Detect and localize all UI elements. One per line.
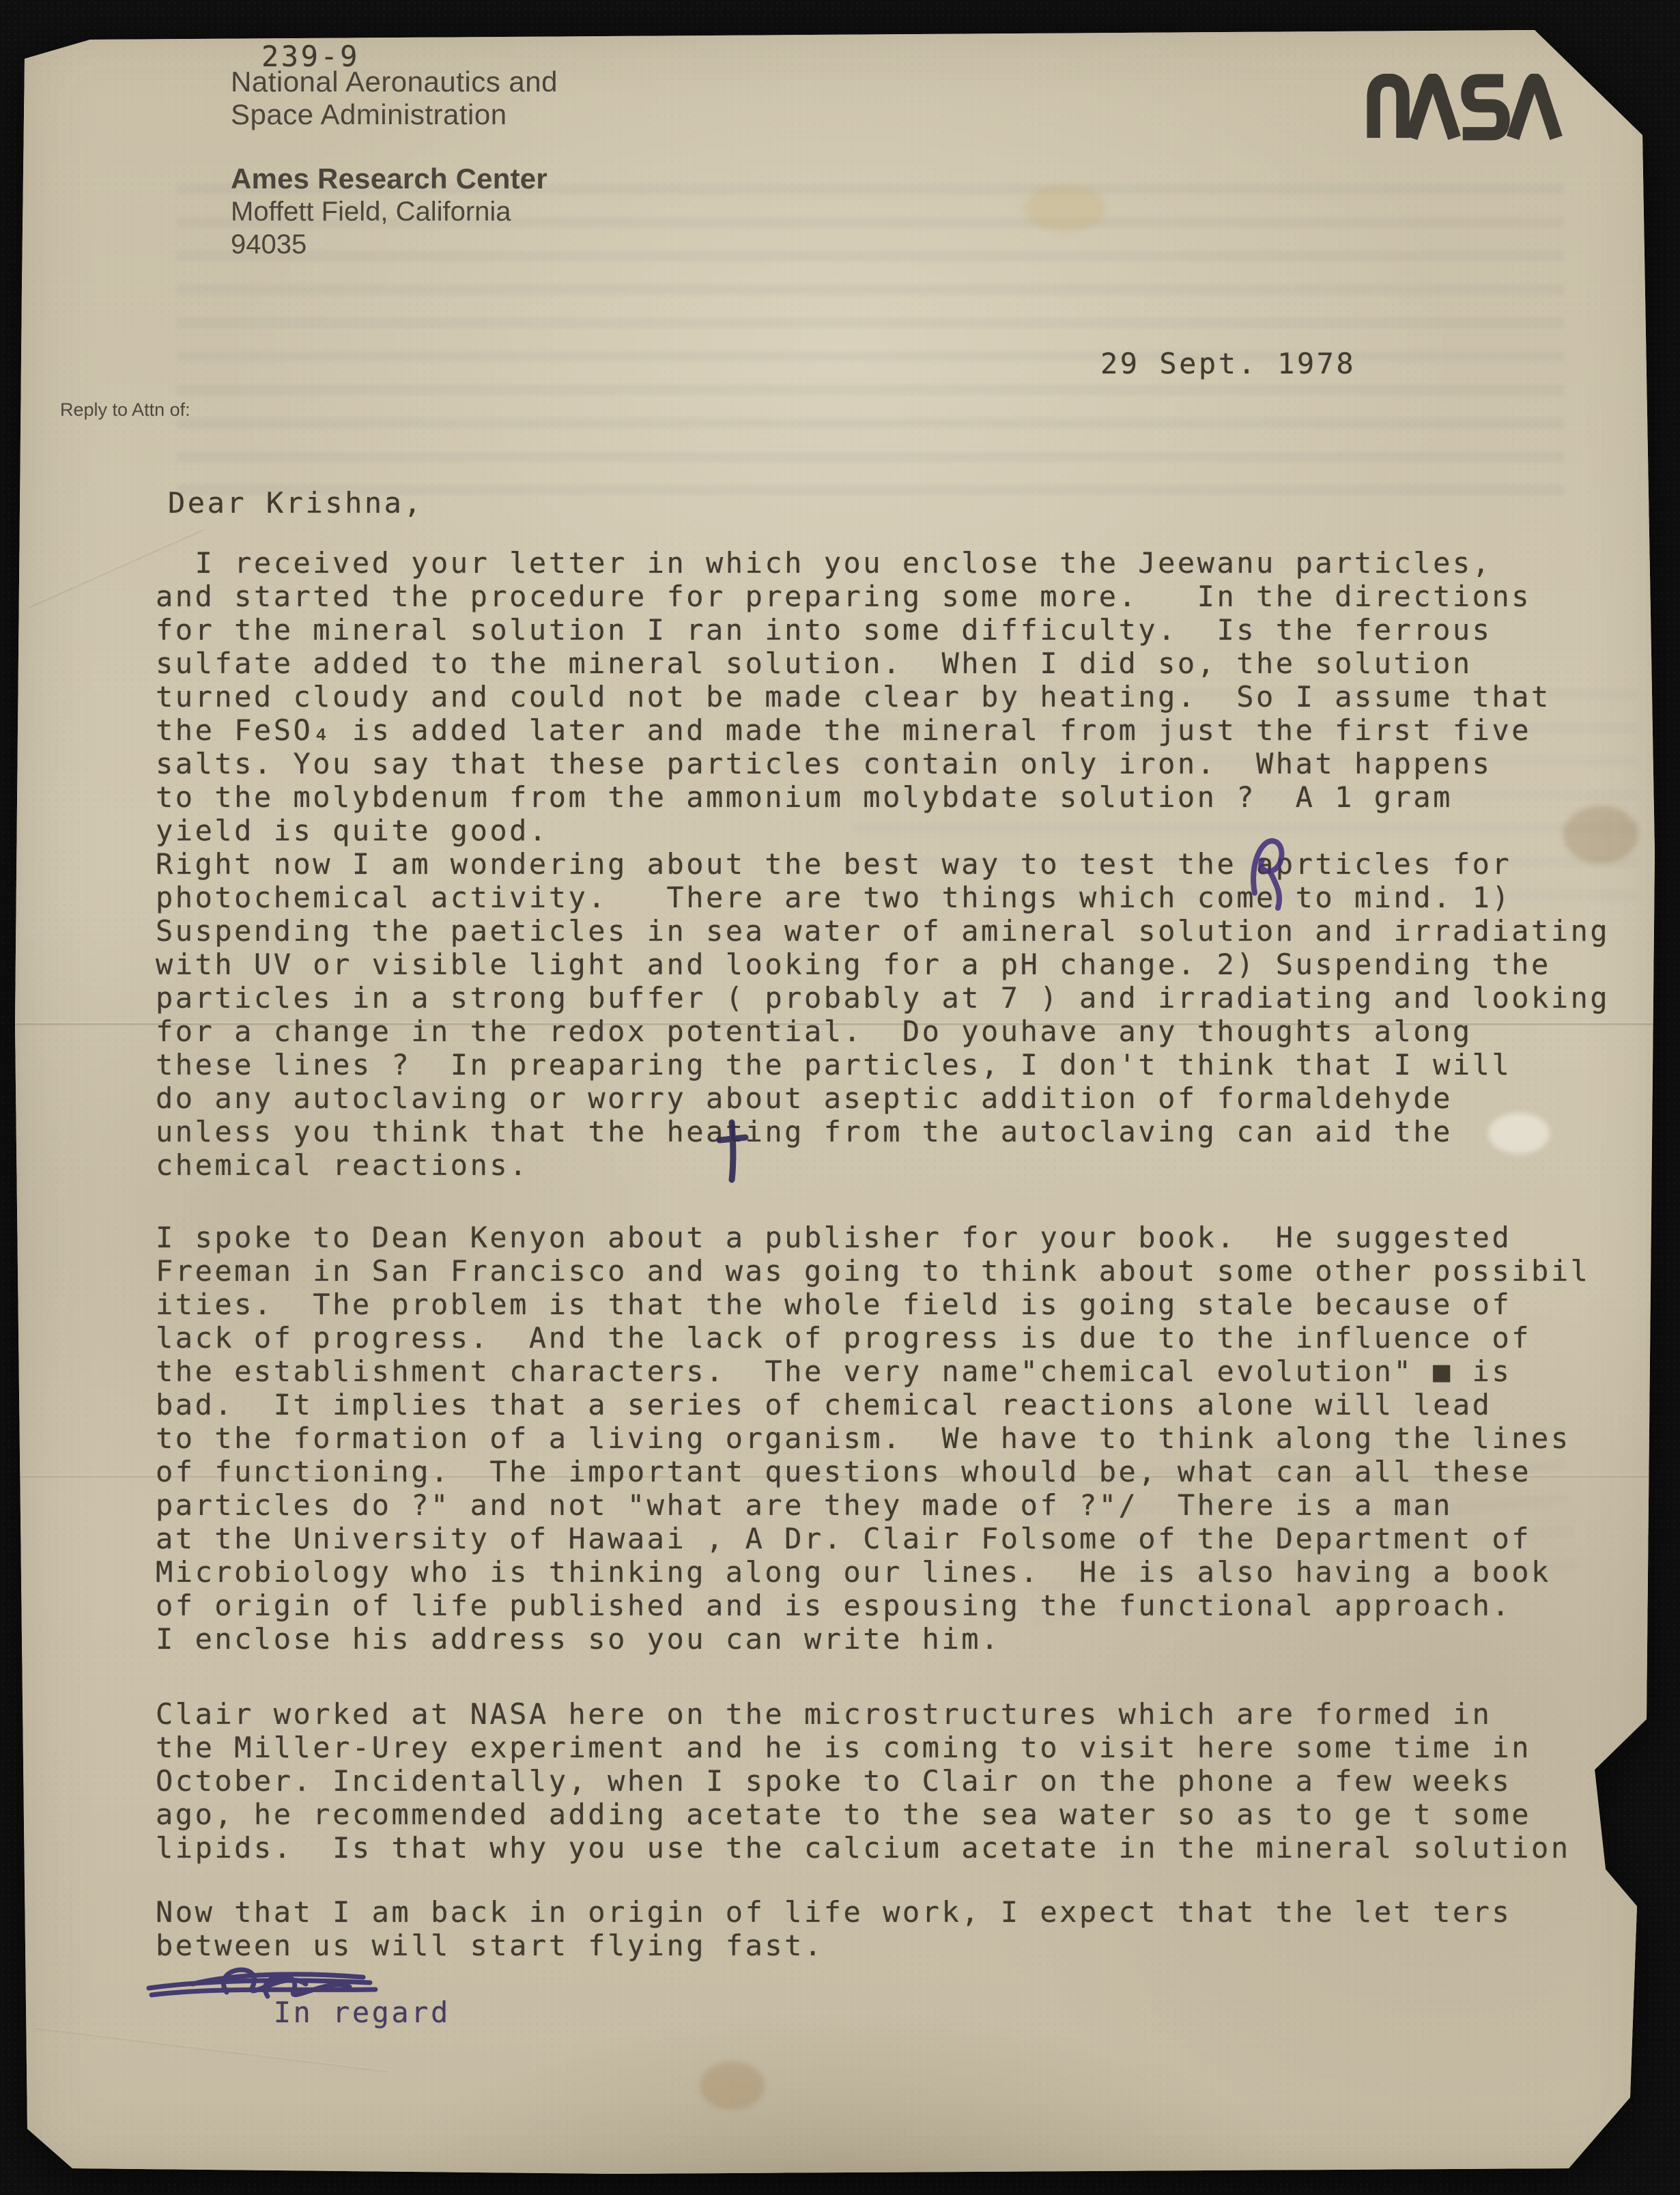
typed-line: for the mineral solution I ran into some… [156,613,1610,647]
agency-name: National Aeronautics and Space Administr… [231,66,558,131]
letter-page: 239-9 National Aeronautics and Space Adm… [0,0,1680,2195]
typed-line: for a change in the redox potential. Do … [156,1015,1610,1048]
typed-line: these lines ? In preaparing the particle… [156,1048,1610,1081]
typed-line: the FeSO₄ is added later and made the mi… [156,713,1610,747]
letter-page-wrap: 239-9 National Aeronautics and Space Adm… [0,0,1680,2195]
typed-line: I received your letter in which you encl… [156,546,1610,580]
typed-line: of origin of life published and is espou… [156,1589,1590,1622]
reply-to-attn-label: Reply to Attn of: [60,399,190,421]
scanned-letter-photo: { "letterhead": { "file_number": "239-9"… [0,0,1680,2195]
typed-line: I enclose his address so you can write h… [156,1622,1590,1656]
typed-line: to the formation of a living organism. W… [156,1421,1590,1455]
typed-line: lipids. Is that why you use the calcium … [156,1831,1571,1865]
agency-name-line1: National Aeronautics and [231,66,558,98]
typed-line: lack of progress. And the lack of progre… [156,1321,1590,1355]
typed-line: the establishment characters. The very n… [156,1355,1590,1388]
center-address: Ames Research Center Moffett Field, Cali… [231,162,547,261]
typed-line: unless you think that the heating from t… [156,1115,1610,1148]
center-name: Ames Research Center [231,162,547,195]
agency-name-line2: Space Administration [231,98,558,131]
typed-line: turned cloudy and could not be made clea… [156,680,1610,713]
center-location: Moffett Field, California [231,195,547,228]
body-paragraph-3: Clair worked at NASA here on the microst… [156,1697,1571,1865]
typed-line: at the University of Hawaai , A Dr. Clai… [156,1522,1590,1555]
typed-line: particles in a strong buffer ( probably … [156,981,1610,1015]
typed-line: to the molybdenum from the ammonium moly… [156,780,1610,814]
pen-scribble-icon [145,1957,431,2015]
paper-stain [1024,184,1106,232]
typed-line: Suspending the paeticles in sea water of… [156,914,1610,948]
typed-line: October. Incidentally, when I spoke to C… [156,1764,1571,1798]
typed-line: chemical reactions. [156,1148,1610,1182]
typed-line: I spoke to Dean Kenyon about a publisher… [156,1221,1590,1254]
typed-line: Clair worked at NASA here on the microst… [156,1697,1571,1731]
typed-line: particles do ?" and not "what are they m… [156,1488,1590,1522]
typed-line: sulfate added to the mineral solution. W… [156,647,1610,680]
center-zip: 94035 [231,228,547,261]
typed-line: ago, he recommended adding acetate to th… [156,1798,1571,1831]
body-paragraph-4: Now that I am back in origin of life wor… [156,1895,1511,1962]
typed-line: photochemical activity. There are two th… [156,881,1610,914]
typed-line: ities. The problem is that the whole fie… [156,1288,1590,1321]
typed-line: do any autoclaving or worry about asepti… [156,1081,1610,1115]
salutation: Dear Krishna, [168,486,423,520]
body-paragraph-2: I spoke to Dean Kenyon about a publisher… [156,1221,1590,1656]
nasa-worm-logo-icon [1360,74,1580,141]
body-paragraph-1: I received your letter in which you encl… [156,546,1610,1182]
typed-line: Now that I am back in origin of life wor… [156,1895,1511,1929]
typed-line: yield is quite good. [156,814,1610,847]
typed-line: the Miller-Urey experiment and he is com… [156,1731,1571,1764]
typed-line: Freeman in San Francisco and was going t… [156,1254,1590,1288]
struck-out-text: In regard [156,1962,451,2010]
typed-line: with UV or visible light and looking for… [156,948,1610,981]
typed-line: Microbiology who is thinking along our l… [156,1555,1590,1589]
typed-line: of functioning. The important questions … [156,1455,1590,1488]
typed-line: salts. You say that these particles cont… [156,747,1610,780]
typed-line: bad. It implies that a series of chemica… [156,1388,1590,1421]
typed-line: and started the procedure for preparing … [156,580,1610,613]
letter-date: 29 Sept. 1978 [1100,347,1356,380]
typed-line: Right now I am wondering about the best … [156,847,1610,881]
paper-stain [700,2062,765,2110]
